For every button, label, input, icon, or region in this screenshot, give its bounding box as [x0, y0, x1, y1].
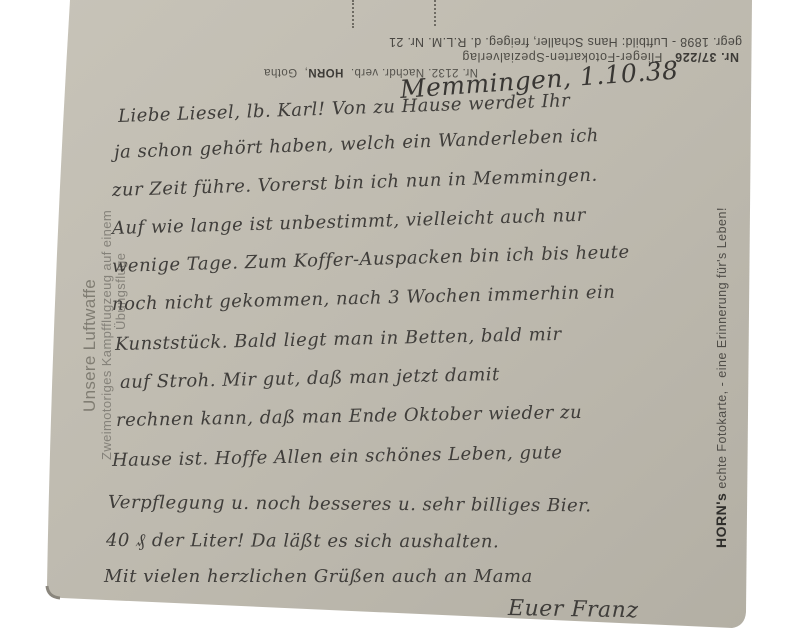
brand-slogan-text: echte Fotokarte, - eine Erinnerung für's… — [715, 207, 729, 489]
publisher-city: Gotha — [264, 66, 297, 78]
publisher-brand: HORN — [308, 66, 343, 78]
letter-line-11: Verpflegung u. noch besseres u. sehr bil… — [108, 492, 592, 516]
brand-slogan: HORN's echte Fotokarte, - eine Erinnerun… — [713, 207, 729, 548]
postcard: gegr. 1898 - Luftbild: Hans Schaller, fr… — [0, 0, 800, 642]
address-divider-right — [434, 0, 436, 26]
letter-line-13: Mit vielen herzlichen Grüßen auch an Mam… — [104, 566, 533, 587]
caption-title: Unsere Luftwaffe — [80, 279, 100, 412]
card-number: Nr. 37/226 — [675, 50, 739, 64]
address-divider-left — [352, 0, 354, 28]
letter-line-12: 40 ₰ der Liter! Da läßt es sich aushalte… — [106, 530, 499, 552]
brand-name: HORN's — [713, 493, 729, 548]
caption-subtitle: Zweimotoriges Kampfflugzeug auf einem — [99, 210, 114, 460]
signature: Euer Franz — [508, 596, 639, 623]
publisher-header-line1: gegr. 1898 - Luftbild: Hans Schaller, fr… — [389, 35, 742, 49]
